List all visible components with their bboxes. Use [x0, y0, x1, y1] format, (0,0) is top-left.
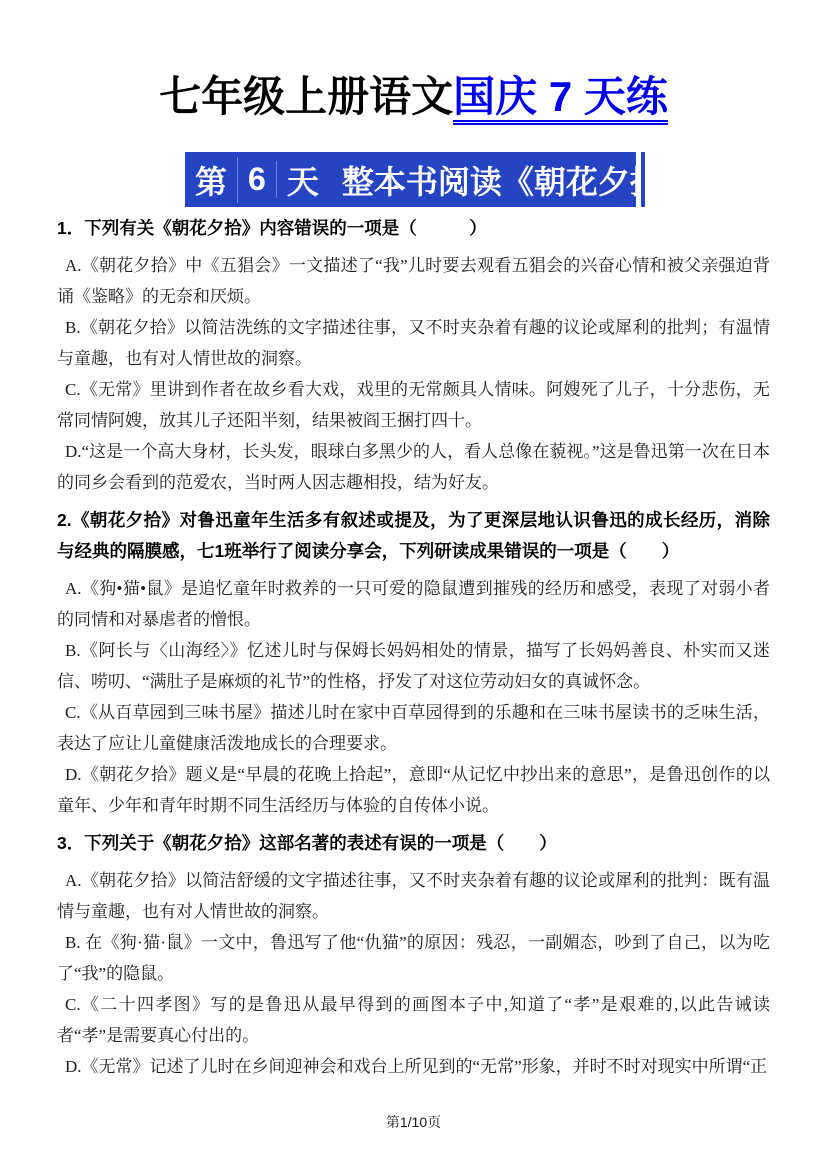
question-2-option-b: B.《阿长与〈山海经〉》忆述儿时与保姆长妈妈相处的情景，描写了长妈妈善良、朴实而…: [57, 635, 770, 697]
document-title: 七年级上册语文国庆 7 天练: [0, 72, 827, 122]
question-3: 3．下列关于《朝花夕拾》这部名著的表述有误的一项是（ ） A.《朝花夕拾》以简洁…: [57, 828, 770, 1082]
question-1-stem: 1．下列有关《朝花夕拾》内容错误的一项是（ ）: [57, 213, 770, 244]
question-1-option-d: D.“这是一个高大身材，长头发，眼球白多黑少的人，看人总像在藐视。”这是鲁迅第一…: [57, 436, 770, 498]
question-3-stem: 3．下列关于《朝花夕拾》这部名著的表述有误的一项是（ ）: [57, 828, 770, 859]
banner-cell-topic: 整本书阅读《朝花夕拾》: [329, 157, 704, 203]
banner-cell-di: 第: [185, 157, 238, 203]
question-3-option-c: C.《二十四孝图》写的是鲁迅从最早得到的画图本子中,知道了“孝”是艰难的,以此告…: [57, 989, 770, 1051]
question-2-option-c: C.《从百草园到三味书屋》描述儿时在家中百草园得到的乐趣和在三味书屋读书的乏味生…: [57, 697, 770, 759]
question-2-option-d: D.《朝花夕拾》题义是“早晨的花晚上拾起”，意即“从记忆中抄出来的意思”，是鲁迅…: [57, 759, 770, 821]
question-3-option-a: A.《朝花夕拾》以简洁舒缓的文字描述往事，又不时夹杂着有趣的议论或犀利的批判：既…: [57, 865, 770, 927]
question-1: 1．下列有关《朝花夕拾》内容错误的一项是（ ） A.《朝花夕拾》中《五猖会》一文…: [57, 213, 770, 498]
document-page: 七年级上册语文国庆 7 天练 第 6 天 整本书阅读《朝花夕拾》 1．下列有关《…: [0, 0, 827, 1169]
question-3-option-d-clipped: D.《无常》记述了儿时在乡间迎神会和戏台上所见到的“无常”形象，并时不时对现实中…: [57, 1051, 770, 1082]
questions-area: 1．下列有关《朝花夕拾》内容错误的一项是（ ） A.《朝花夕拾》中《五猖会》一文…: [57, 206, 770, 1082]
question-1-option-a: A.《朝花夕拾》中《五猖会》一文描述了“我”儿时要去观看五猖会的兴奋心情和被父亲…: [57, 250, 770, 312]
title-black-text: 七年级上册语文: [159, 73, 453, 120]
question-3-option-b: B. 在《狗·猫·鼠》一文中，鲁迅写了他“仇猫”的原因：残忍，一副媚态，吵到了自…: [57, 927, 770, 989]
question-1-option-c: C.《无常》里讲到作者在故乡看大戏，戏里的无常颇具人情味。阿嫂死了儿子，十分悲伤…: [57, 374, 770, 436]
day-banner: 第 6 天 整本书阅读《朝花夕拾》: [185, 152, 641, 207]
question-2-stem: 2.《朝花夕拾》对鲁迅童年生活多有叙述或提及，为了更深层地认识鲁迅的成长经历，消…: [57, 505, 770, 567]
title-blue-underlined-text: 国庆 7 天练: [453, 73, 668, 125]
page-number-indicator: 第1/10页: [0, 1112, 827, 1132]
question-2-option-a: A.《狗•猫•鼠》是追忆童年时救养的一只可爱的隐鼠遭到摧残的经历和感受，表现了对…: [57, 573, 770, 635]
question-1-option-b: B.《朝花夕拾》以简洁洗练的文字描述往事，又不时夹杂着有趣的议论或犀利的批判；有…: [57, 312, 770, 374]
question-2: 2.《朝花夕拾》对鲁迅童年生活多有叙述或提及，为了更深层地认识鲁迅的成长经历，消…: [57, 505, 770, 821]
banner-cell-tian: 天: [277, 157, 329, 203]
banner-cell-day-number: 6: [238, 161, 277, 198]
